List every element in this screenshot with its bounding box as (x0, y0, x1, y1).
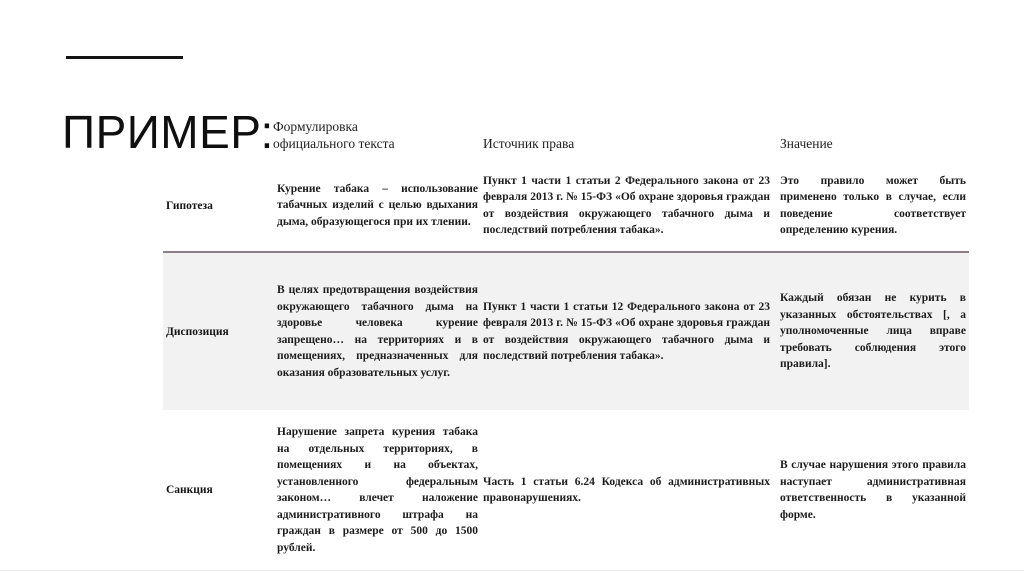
table-header-row: Формулировка официального текста Источни… (163, 115, 969, 160)
title-accent-line (66, 56, 183, 59)
row-label: Санкция (166, 484, 213, 496)
slide-bottom-edge (0, 570, 1024, 571)
source-text: Пункт 1 части 1 статьи 12 Федерального з… (483, 299, 770, 365)
cell-source: Пункт 1 части 1 статьи 12 Федерального з… (482, 253, 777, 410)
cell-meaning: Каждый обязан не курить в указанных обст… (777, 253, 969, 410)
header-meaning: Значение (777, 115, 969, 160)
meaning-text: Каждый обязан не курить в указанных обст… (780, 290, 966, 373)
header-formulation-label: Формулировка официального текста (273, 119, 423, 153)
cell-formulation: Нарушение запрета курения табака на отде… (270, 410, 482, 570)
row-label: Диспозиция (166, 326, 229, 338)
cell-formulation: В целях предотвращения воздействия окруж… (270, 253, 482, 410)
legal-norm-table: Формулировка официального текста Источни… (163, 115, 969, 570)
header-formulation: Формулировка официального текста (270, 115, 482, 160)
cell-formulation: Курение табака – использование табачных … (270, 160, 482, 251)
formulation-text: В целях предотвращения воздействия окруж… (277, 282, 478, 381)
formulation-text: Курение табака – использование табачных … (277, 181, 478, 231)
meaning-text: Это правило может быть применено только … (780, 173, 966, 239)
cell-source: Пункт 1 части 1 статьи 2 Федерального за… (482, 160, 777, 251)
header-source: Источник права (482, 115, 777, 160)
source-text: Часть 1 статьи 6.24 Кодекса об администр… (483, 474, 770, 507)
row-label-cell: Санкция (163, 410, 270, 570)
header-empty (163, 115, 270, 160)
cell-source: Часть 1 статьи 6.24 Кодекса об администр… (482, 410, 777, 570)
presentation-slide: ПРИМЕР: Формулировка официального текста… (0, 0, 1024, 574)
cell-meaning: В случае нарушения этого правила наступа… (777, 410, 969, 570)
header-meaning-label: Значение (780, 136, 833, 153)
table-row-hypothesis: Гипотеза Курение табака – использование … (163, 160, 969, 251)
formulation-text: Нарушение запрета курения табака на отде… (277, 424, 478, 556)
meaning-text: В случае нарушения этого правила наступа… (780, 457, 966, 523)
table-row-disposition: Диспозиция В целях предотвращения воздей… (163, 251, 969, 410)
cell-meaning: Это правило может быть применено только … (777, 160, 969, 251)
table-row-sanction: Санкция Нарушение запрета курения табака… (163, 410, 969, 570)
row-label: Гипотеза (166, 200, 213, 212)
row-label-cell: Гипотеза (163, 160, 270, 251)
source-text: Пункт 1 части 1 статьи 2 Федерального за… (483, 173, 770, 239)
header-source-label: Источник права (483, 136, 574, 153)
row-label-cell: Диспозиция (163, 253, 270, 410)
